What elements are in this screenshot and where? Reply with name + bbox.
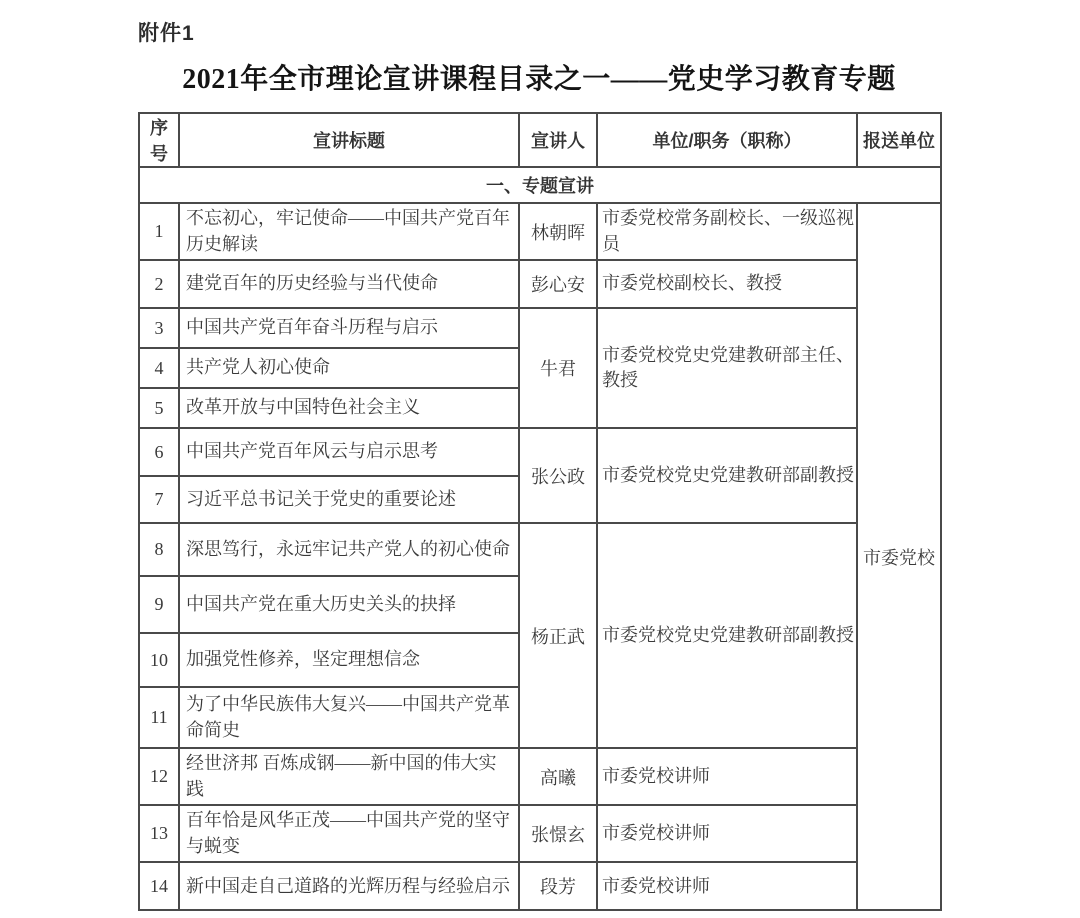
row-number-cell: 12 bbox=[139, 748, 179, 805]
row-number-cell: 1 bbox=[139, 203, 179, 260]
row-number-cell: 11 bbox=[139, 687, 179, 748]
speaker-cell: 高曦 bbox=[519, 748, 597, 805]
row-number-cell: 14 bbox=[139, 862, 179, 910]
header-row: 序号 宣讲标题 宣讲人 单位/职务（职称） 报送单位 bbox=[139, 113, 941, 167]
table-row: 14 新中国走自己道路的光辉历程与经验启示 段芳 市委党校讲师 bbox=[139, 862, 941, 910]
lecture-title-cell: 中国共产党在重大历史关头的抉择 bbox=[179, 576, 519, 633]
unit-position-cell: 市委党校讲师 bbox=[597, 862, 857, 910]
row-number-cell: 6 bbox=[139, 428, 179, 476]
section-row: 一、专题宣讲 bbox=[139, 167, 941, 203]
header-unit: 单位/职务（职称） bbox=[597, 113, 857, 167]
lecture-title-cell: 改革开放与中国特色社会主义 bbox=[179, 388, 519, 428]
speaker-cell: 段芳 bbox=[519, 862, 597, 910]
row-number-cell: 5 bbox=[139, 388, 179, 428]
unit-position-cell: 市委党校常务副校长、一级巡视员 bbox=[597, 203, 857, 260]
row-number-cell: 9 bbox=[139, 576, 179, 633]
unit-position-cell: 市委党校讲师 bbox=[597, 805, 857, 862]
lecture-title-cell: 中国共产党百年奋斗历程与启示 bbox=[179, 308, 519, 348]
lecture-title-cell: 加强党性修养，坚定理想信念 bbox=[179, 633, 519, 687]
document-page: 附件1 2021年全市理论宣讲课程目录之一——党史学习教育专题 序号 宣讲标题 … bbox=[138, 0, 940, 911]
speaker-cell: 张憬玄 bbox=[519, 805, 597, 862]
lecture-title-cell: 新中国走自己道路的光辉历程与经验启示 bbox=[179, 862, 519, 910]
row-number-cell: 3 bbox=[139, 308, 179, 348]
lecture-title-cell: 不忘初心，牢记使命——中国共产党百年历史解读 bbox=[179, 203, 519, 260]
speaker-cell: 彭心安 bbox=[519, 260, 597, 308]
table-row: 1 不忘初心，牢记使命——中国共产党百年历史解读 林朝晖 市委党校常务副校长、一… bbox=[139, 203, 941, 260]
lecture-title-cell: 建党百年的历史经验与当代使命 bbox=[179, 260, 519, 308]
speaker-cell: 张公政 bbox=[519, 428, 597, 523]
lecture-title-cell: 共产党人初心使命 bbox=[179, 348, 519, 388]
row-number-cell: 7 bbox=[139, 476, 179, 523]
table-row: 12 经世济邦 百炼成钢——新中国的伟大实践 高曦 市委党校讲师 bbox=[139, 748, 941, 805]
row-number-cell: 13 bbox=[139, 805, 179, 862]
row-number-cell: 8 bbox=[139, 523, 179, 576]
section-header: 一、专题宣讲 bbox=[139, 167, 941, 203]
lecture-title-cell: 经世济邦 百炼成钢——新中国的伟大实践 bbox=[179, 748, 519, 805]
course-catalog-table: 序号 宣讲标题 宣讲人 单位/职务（职称） 报送单位 一、专题宣讲 1 不忘初心… bbox=[138, 112, 942, 911]
unit-position-cell: 市委党校党史党建教研部副教授 bbox=[597, 523, 857, 748]
unit-position-cell: 市委党校副校长、教授 bbox=[597, 260, 857, 308]
row-number-cell: 2 bbox=[139, 260, 179, 308]
table-row: 6 中国共产党百年风云与启示思考 张公政 市委党校党史党建教研部副教授 bbox=[139, 428, 941, 476]
lecture-title-cell: 百年恰是风华正茂——中国共产党的坚守与蜕变 bbox=[179, 805, 519, 862]
table-row: 13 百年恰是风华正茂——中国共产党的坚守与蜕变 张憬玄 市委党校讲师 bbox=[139, 805, 941, 862]
speaker-cell: 林朝晖 bbox=[519, 203, 597, 260]
speaker-cell: 牛君 bbox=[519, 308, 597, 428]
row-number-cell: 4 bbox=[139, 348, 179, 388]
header-speaker: 宣讲人 bbox=[519, 113, 597, 167]
reporting-unit-cell: 市委党校 bbox=[857, 203, 941, 910]
header-seq: 序号 bbox=[139, 113, 179, 167]
table-row: 3 中国共产党百年奋斗历程与启示 牛君 市委党校党史党建教研部主任、教授 bbox=[139, 308, 941, 348]
page-title: 2021年全市理论宣讲课程目录之一——党史学习教育专题 bbox=[138, 63, 940, 97]
lecture-title-cell: 为了中华民族伟大复兴——中国共产党革命简史 bbox=[179, 687, 519, 748]
unit-position-cell: 市委党校党史党建教研部副教授 bbox=[597, 428, 857, 523]
header-reporting-unit: 报送单位 bbox=[857, 113, 941, 167]
unit-position-cell: 市委党校党史党建教研部主任、教授 bbox=[597, 308, 857, 428]
unit-position-cell: 市委党校讲师 bbox=[597, 748, 857, 805]
lecture-title-cell: 习近平总书记关于党史的重要论述 bbox=[179, 476, 519, 523]
lecture-title-cell: 深思笃行，永远牢记共产党人的初心使命 bbox=[179, 523, 519, 576]
attachment-label: 附件1 bbox=[138, 17, 940, 47]
lecture-title-cell: 中国共产党百年风云与启示思考 bbox=[179, 428, 519, 476]
table-row: 8 深思笃行，永远牢记共产党人的初心使命 杨正武 市委党校党史党建教研部副教授 bbox=[139, 523, 941, 576]
table-row: 2 建党百年的历史经验与当代使命 彭心安 市委党校副校长、教授 bbox=[139, 260, 941, 308]
speaker-cell: 杨正武 bbox=[519, 523, 597, 748]
row-number-cell: 10 bbox=[139, 633, 179, 687]
header-title: 宣讲标题 bbox=[179, 113, 519, 167]
